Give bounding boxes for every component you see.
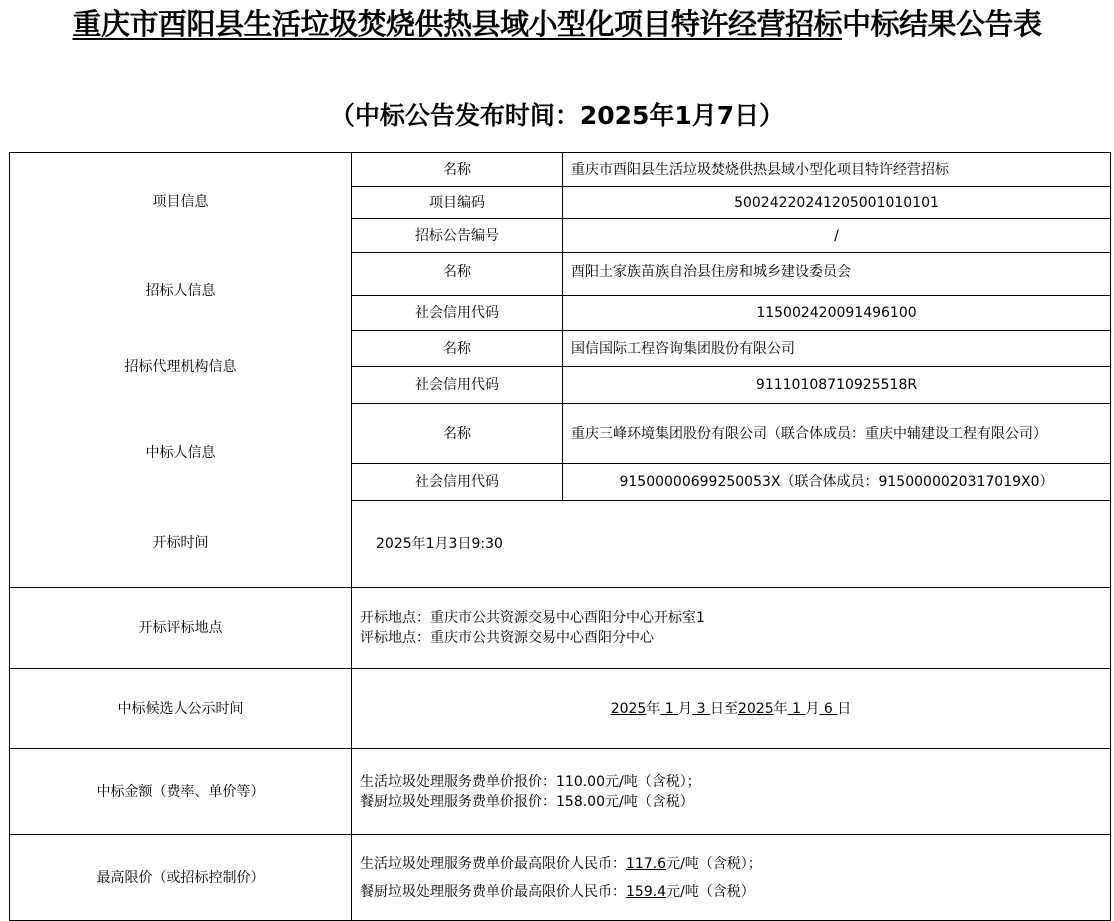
- value-location: 开标地点：重庆市公共资源交易中心酉阳分中心开标室1 评标地点：重庆市公共资源交易…: [352, 588, 1110, 668]
- label-max-price: 最高限价（或招标控制价）: [10, 835, 351, 920]
- field-tenderer-credit-code: 社会信用代码: [352, 296, 562, 330]
- pub-start-month-val: 1: [665, 701, 674, 717]
- section-label-winner: 中标人信息: [10, 441, 351, 465]
- kitchen-max-value: 159.4: [626, 884, 666, 900]
- label-open-time: 开标时间: [10, 531, 351, 555]
- pub-text: 年: [646, 699, 660, 719]
- title-rest: 中标结果公告表: [842, 7, 1042, 41]
- pub-start-month: 1: [660, 699, 678, 719]
- field-winner-credit-code: 社会信用代码: [352, 464, 562, 500]
- pub-end-month-val: 1: [792, 701, 801, 717]
- max-price-prefix: 生活垃圾处理服务费单价最高限价人民币：: [360, 856, 626, 872]
- field-agency-credit-code: 社会信用代码: [352, 367, 562, 403]
- field-tender-notice-no: 招标公告编号: [352, 219, 562, 252]
- pub-start-year: 2025: [611, 699, 647, 719]
- value-bid-amount: 生活垃圾处理服务费单价报价：110.00元/吨（含税）； 餐厨垃圾处理服务费单价…: [352, 749, 1110, 834]
- field-winner-name: 名称: [352, 404, 562, 463]
- pub-text: 日至: [710, 699, 738, 719]
- value-publicity: 2025年 1 月 3 日至2025年 1 月 6 日: [352, 669, 1110, 748]
- title-underlined-part: 重庆市酉阳县生活垃圾焚烧供热县域小型化项目特许经营招标: [72, 7, 842, 41]
- pub-end-month: 1: [788, 699, 806, 719]
- value-tenderer-name: 酉阳土家族苗族自治县住房和城乡建设委员会: [563, 253, 1110, 290]
- max-price-suffix: 元/吨（含税）；: [666, 856, 762, 872]
- max-price-suffix: 元/吨（含税）: [666, 884, 755, 900]
- value-winner-name: 重庆三峰环境集团股份有限公司（联合体成员：重庆中辅建设工程有限公司）: [563, 404, 1110, 463]
- section-label-project: 项目信息: [10, 190, 351, 214]
- pub-text: 年: [774, 699, 788, 719]
- household-waste-bid: 生活垃圾处理服务费单价报价：110.00元/吨（含税）；: [360, 772, 701, 792]
- household-max-value: 117.6: [626, 856, 666, 872]
- document-subtitle: （中标公告发布时间：2025年1月7日）: [0, 96, 1114, 136]
- value-max-price: 生活垃圾处理服务费单价最高限价人民币：117.6元/吨（含税）； 餐厨垃圾处理服…: [352, 835, 1110, 920]
- project-code-text: 50024220241205001010101: [734, 193, 939, 213]
- pub-end-day: 6: [819, 699, 837, 719]
- field-agency-name: 名称: [352, 331, 562, 366]
- value-project-name: 重庆市酉阳县生活垃圾焚烧供热县域小型化项目特许经营招标: [563, 153, 1110, 186]
- kitchen-waste-max: 餐厨垃圾处理服务费单价最高限价人民币：159.4元/吨（含税）: [360, 878, 755, 906]
- pub-start-day: 3: [692, 699, 710, 719]
- pub-text: 月: [805, 699, 819, 719]
- value-winner-credit-code: 91500000699250053X（联合体成员：915000002031701…: [563, 464, 1110, 500]
- value-agency-credit-code: 91110108710925518R: [563, 367, 1110, 403]
- label-publicity: 中标候选人公示时间: [10, 669, 351, 748]
- pub-text: 月: [678, 699, 692, 719]
- value-tender-notice-no: /: [563, 219, 1110, 252]
- label-location: 开标评标地点: [10, 588, 351, 668]
- pub-end-day-val: 6: [824, 701, 833, 717]
- field-project-code: 项目编码: [352, 187, 562, 218]
- kitchen-waste-bid: 餐厨垃圾处理服务费单价报价：158.00元/吨（含税）: [360, 792, 694, 812]
- pub-start-day-val: 3: [697, 701, 706, 717]
- value-open-time: 2025年1月3日9:30: [352, 501, 1110, 587]
- value-tenderer-credit-code: 115002420091496100: [563, 296, 1110, 330]
- section-label-tenderer: 招标人信息: [10, 279, 351, 303]
- pub-end-year: 2025: [738, 699, 774, 719]
- document-title: 重庆市酉阳县生活垃圾焚烧供热县域小型化项目特许经营招标中标结果公告表: [0, 2, 1114, 46]
- value-agency-name: 国信国际工程咨询集团股份有限公司: [563, 331, 1110, 366]
- open-location-line: 开标地点：重庆市公共资源交易中心酉阳分中心开标室1: [360, 608, 705, 628]
- label-bid-amount: 中标金额（费率、单价等）: [10, 749, 351, 834]
- max-price-prefix: 餐厨垃圾处理服务费单价最高限价人民币：: [360, 884, 626, 900]
- value-project-code: 50024220241205001010101: [563, 187, 1110, 218]
- field-tenderer-name: 名称: [352, 253, 562, 290]
- pub-text: 日: [837, 699, 851, 719]
- section-label-agency: 招标代理机构信息: [10, 355, 351, 379]
- eval-location-line: 评标地点：重庆市公共资源交易中心酉阳分中心: [360, 628, 654, 648]
- field-project-name: 名称: [352, 153, 562, 186]
- household-waste-max: 生活垃圾处理服务费单价最高限价人民币：117.6元/吨（含税）；: [360, 850, 762, 878]
